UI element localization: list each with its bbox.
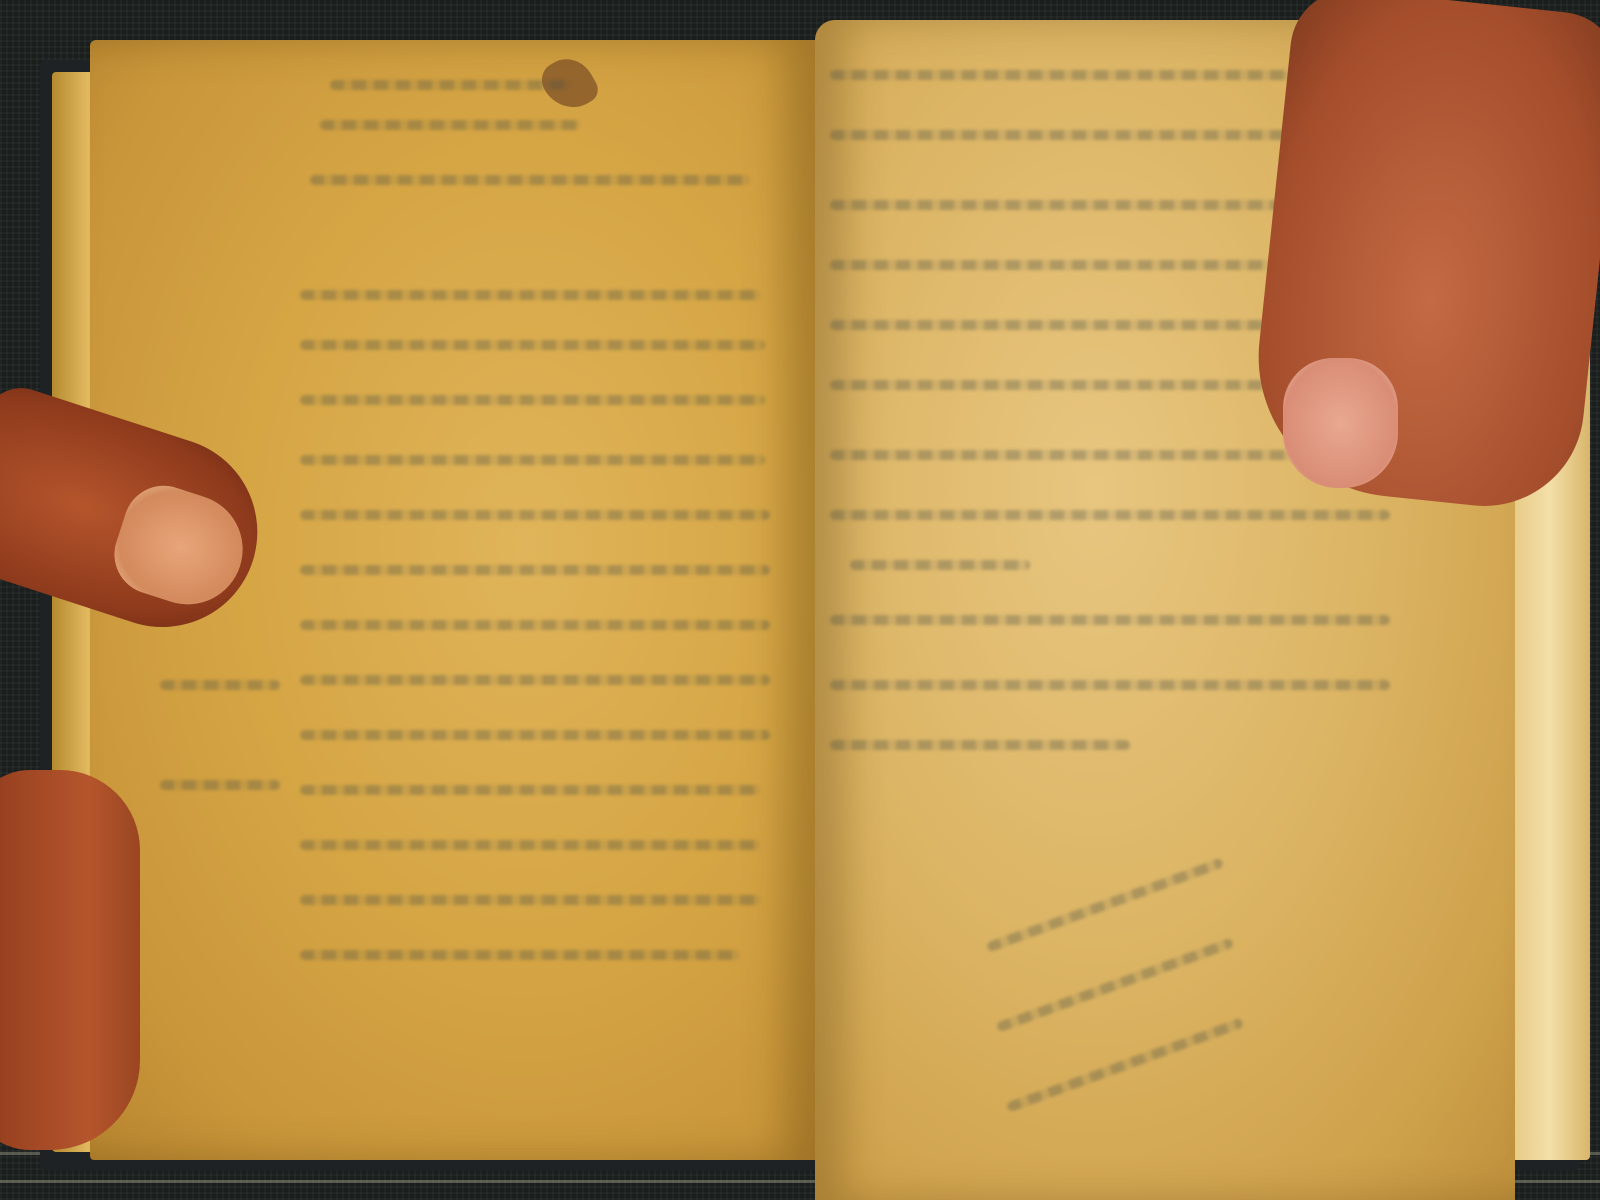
right-thumbnail	[1283, 358, 1398, 488]
photo-scene: Open handwritten manuscript book with fa…	[0, 0, 1600, 1200]
left-finger-bottom	[0, 770, 140, 1150]
